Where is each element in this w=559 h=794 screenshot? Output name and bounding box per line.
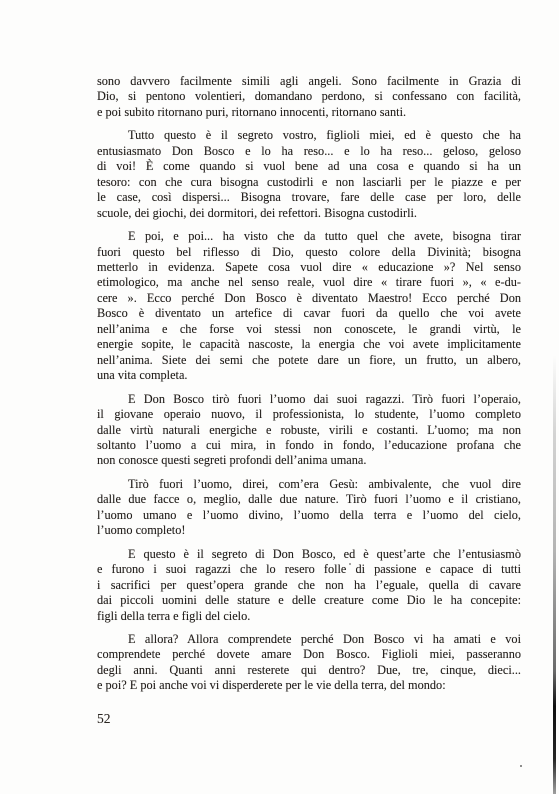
- page-text: sono davvero facilmente simili agli ange…: [97, 74, 521, 702]
- text-line: l’uomo completo!: [97, 523, 521, 538]
- scan-speck: [349, 563, 351, 565]
- text-line: l’uomo umano e l’uomo divino, l’uomo del…: [97, 508, 521, 523]
- text-line: di voi! È come quando si vuol bene ad un…: [97, 159, 521, 174]
- text-line: metterlo in evidenza. Sapete cosa vuol d…: [97, 260, 521, 275]
- text-line: entusiasmato Don Bosco e lo ha reso... e…: [97, 144, 521, 159]
- text-line: e poi subito ritornano puri, ritornano i…: [97, 105, 521, 120]
- text-line: E poi, e poi... ha visto che da tutto qu…: [97, 229, 521, 244]
- text-line: energie sopite, le capacità nascoste, la…: [97, 337, 521, 352]
- text-line: scuole, dei giochi, dei dormitori, dei r…: [97, 206, 521, 221]
- text-line: degli anni. Quanti anni resterete qui de…: [97, 663, 521, 678]
- scan-speck: [520, 765, 522, 767]
- text-line: comprendete perché dovete amare Don Bosc…: [97, 647, 521, 662]
- paragraph: Tutto questo è il segreto vostro, figlio…: [97, 128, 521, 221]
- paragraph: Tirò fuori l’uomo, direi, com’era Gesù: …: [97, 477, 521, 539]
- paragraph: E Don Bosco tirò fuori l’uomo dai suoi r…: [97, 392, 521, 469]
- text-line: fuori questo bel riflesso di Dio, questo…: [97, 245, 521, 260]
- text-line: soltanto l’uomo a cui mira, in fondo in …: [97, 438, 521, 453]
- text-line: figli della terra e figli del cielo.: [97, 609, 521, 624]
- paragraph: E questo è il segreto di Don Bosco, ed è…: [97, 547, 521, 624]
- text-line: nell’anima. Siete dei semi che potete da…: [97, 353, 521, 368]
- text-line: dalle virtù naturali energiche e robuste…: [97, 423, 521, 438]
- text-line: nell’anima e che forse voi stessi non co…: [97, 322, 521, 337]
- text-line: E Don Bosco tirò fuori l’uomo dai suoi r…: [97, 392, 521, 407]
- text-line: Dio, si pentono volentieri, domandano pe…: [97, 89, 521, 104]
- text-line: Bosco è diventato un artefice di cavar f…: [97, 306, 521, 321]
- text-line: i sacrifici per quest’opera grande che n…: [97, 578, 521, 593]
- text-line: Tirò fuori l’uomo, direi, com’era Gesù: …: [97, 477, 521, 492]
- text-line: E questo è il segreto di Don Bosco, ed è…: [97, 547, 521, 562]
- book-page: sono davvero facilmente simili agli ange…: [0, 0, 559, 794]
- paragraph: E poi, e poi... ha visto che da tutto qu…: [97, 229, 521, 384]
- text-line: non conosce questi segreti profondi dell…: [97, 453, 521, 468]
- text-line: una vita completa.: [97, 368, 521, 383]
- paragraph: E allora? Allora comprendete perché Don …: [97, 632, 521, 694]
- text-line: cere ». Ecco perché Don Bosco è diventat…: [97, 291, 521, 306]
- paragraph: sono davvero facilmente simili agli ange…: [97, 74, 521, 120]
- page-number: 52: [97, 710, 111, 728]
- text-line: e furono i suoi ragazzi che lo resero fo…: [97, 562, 521, 577]
- text-line: dai piccoli uomini delle stature e delle…: [97, 593, 521, 608]
- text-line: dalle due facce o, meglio, dalle due nat…: [97, 492, 521, 507]
- text-line: sono davvero facilmente simili agli ange…: [97, 74, 521, 89]
- text-line: e poi? E poi anche voi vi disperderete p…: [97, 678, 521, 693]
- text-line: tesoro: con che cura bisogna custodirli …: [97, 175, 521, 190]
- scan-edge-artifact: [553, 355, 556, 794]
- text-line: E allora? Allora comprendete perché Don …: [97, 632, 521, 647]
- text-line: le case, così dispersi... Bisogna trovar…: [97, 190, 521, 205]
- text-line: Tutto questo è il segreto vostro, figlio…: [97, 128, 521, 143]
- text-line: il giovane operaio nuovo, il professioni…: [97, 407, 521, 422]
- text-line: etimologico, ma anche nel senso reale, v…: [97, 275, 521, 290]
